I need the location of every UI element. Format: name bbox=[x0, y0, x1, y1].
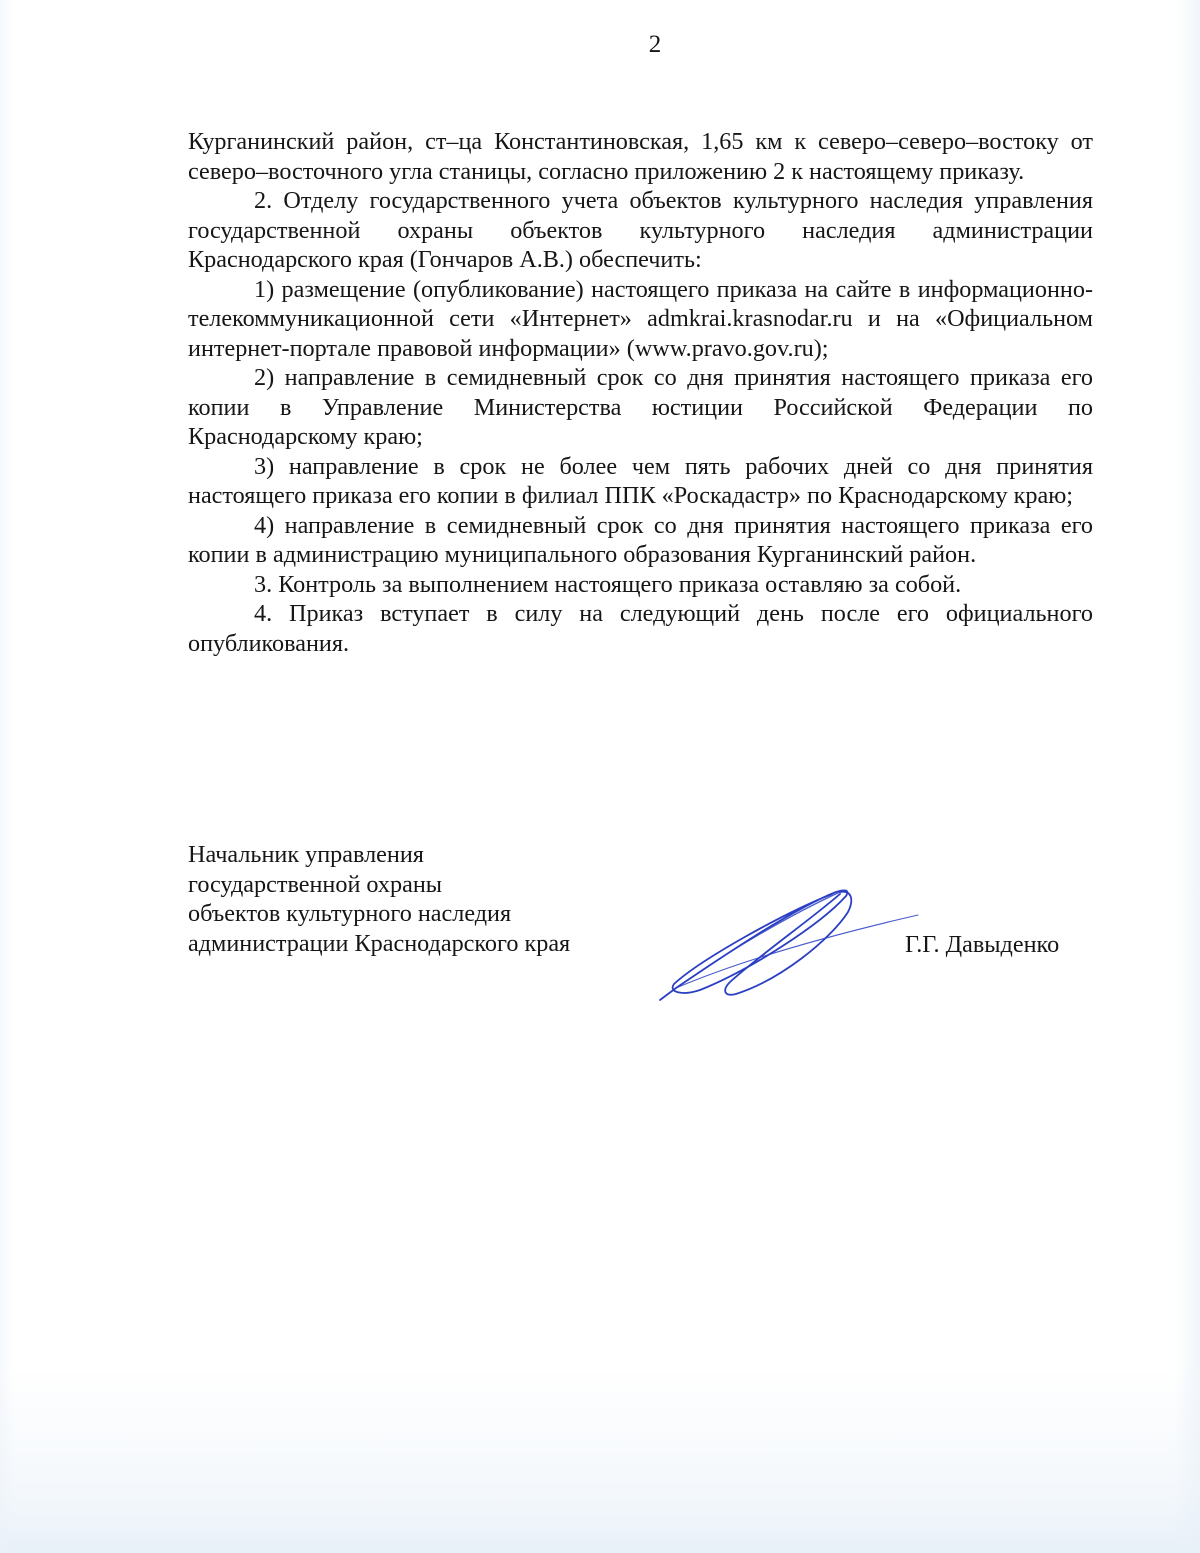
signer-position-line: администрации Краснодарского края bbox=[188, 929, 570, 959]
signer-position: Начальник управления государственной охр… bbox=[188, 840, 570, 958]
document-page: 2 Курганинский район, ст–ца Константинов… bbox=[0, 0, 1200, 1553]
paragraph-item-3-control: 3. Контроль за выполнением настоящего пр… bbox=[188, 570, 1093, 600]
scan-shadow-right bbox=[1174, 0, 1200, 1553]
paragraph-subitem-1-publication: 1) размещение (опубликование) настоящего… bbox=[188, 275, 1093, 364]
paragraph-subitem-3-roskadastr: 3) направление в срок не более чем пять … bbox=[188, 452, 1093, 511]
paragraph-subitem-4-municipal-administration: 4) направление в семидневный срок со дня… bbox=[188, 511, 1093, 570]
document-body: Курганинский район, ст–ца Константиновск… bbox=[188, 127, 1093, 658]
signer-position-line: объектов культурного наследия bbox=[188, 899, 570, 929]
handwritten-signature bbox=[640, 870, 940, 1020]
signer-position-line: государственной охраны bbox=[188, 870, 570, 900]
page-number: 2 bbox=[0, 30, 1200, 60]
paragraph-item-2-instructions: 2. Отделу государственного учета объекто… bbox=[188, 186, 1093, 275]
paragraph-location-continuation: Курганинский район, ст–ца Константиновск… bbox=[188, 127, 1093, 186]
scan-shadow-left bbox=[0, 0, 14, 1553]
signer-name: Г.Г. Давыденко bbox=[905, 930, 1059, 960]
paragraph-item-4-effective-date: 4. Приказ вступает в силу на следующий д… bbox=[188, 599, 1093, 658]
paragraph-subitem-2-ministry-of-justice: 2) направление в семидневный срок со дня… bbox=[188, 363, 1093, 452]
signer-position-line: Начальник управления bbox=[188, 840, 570, 870]
